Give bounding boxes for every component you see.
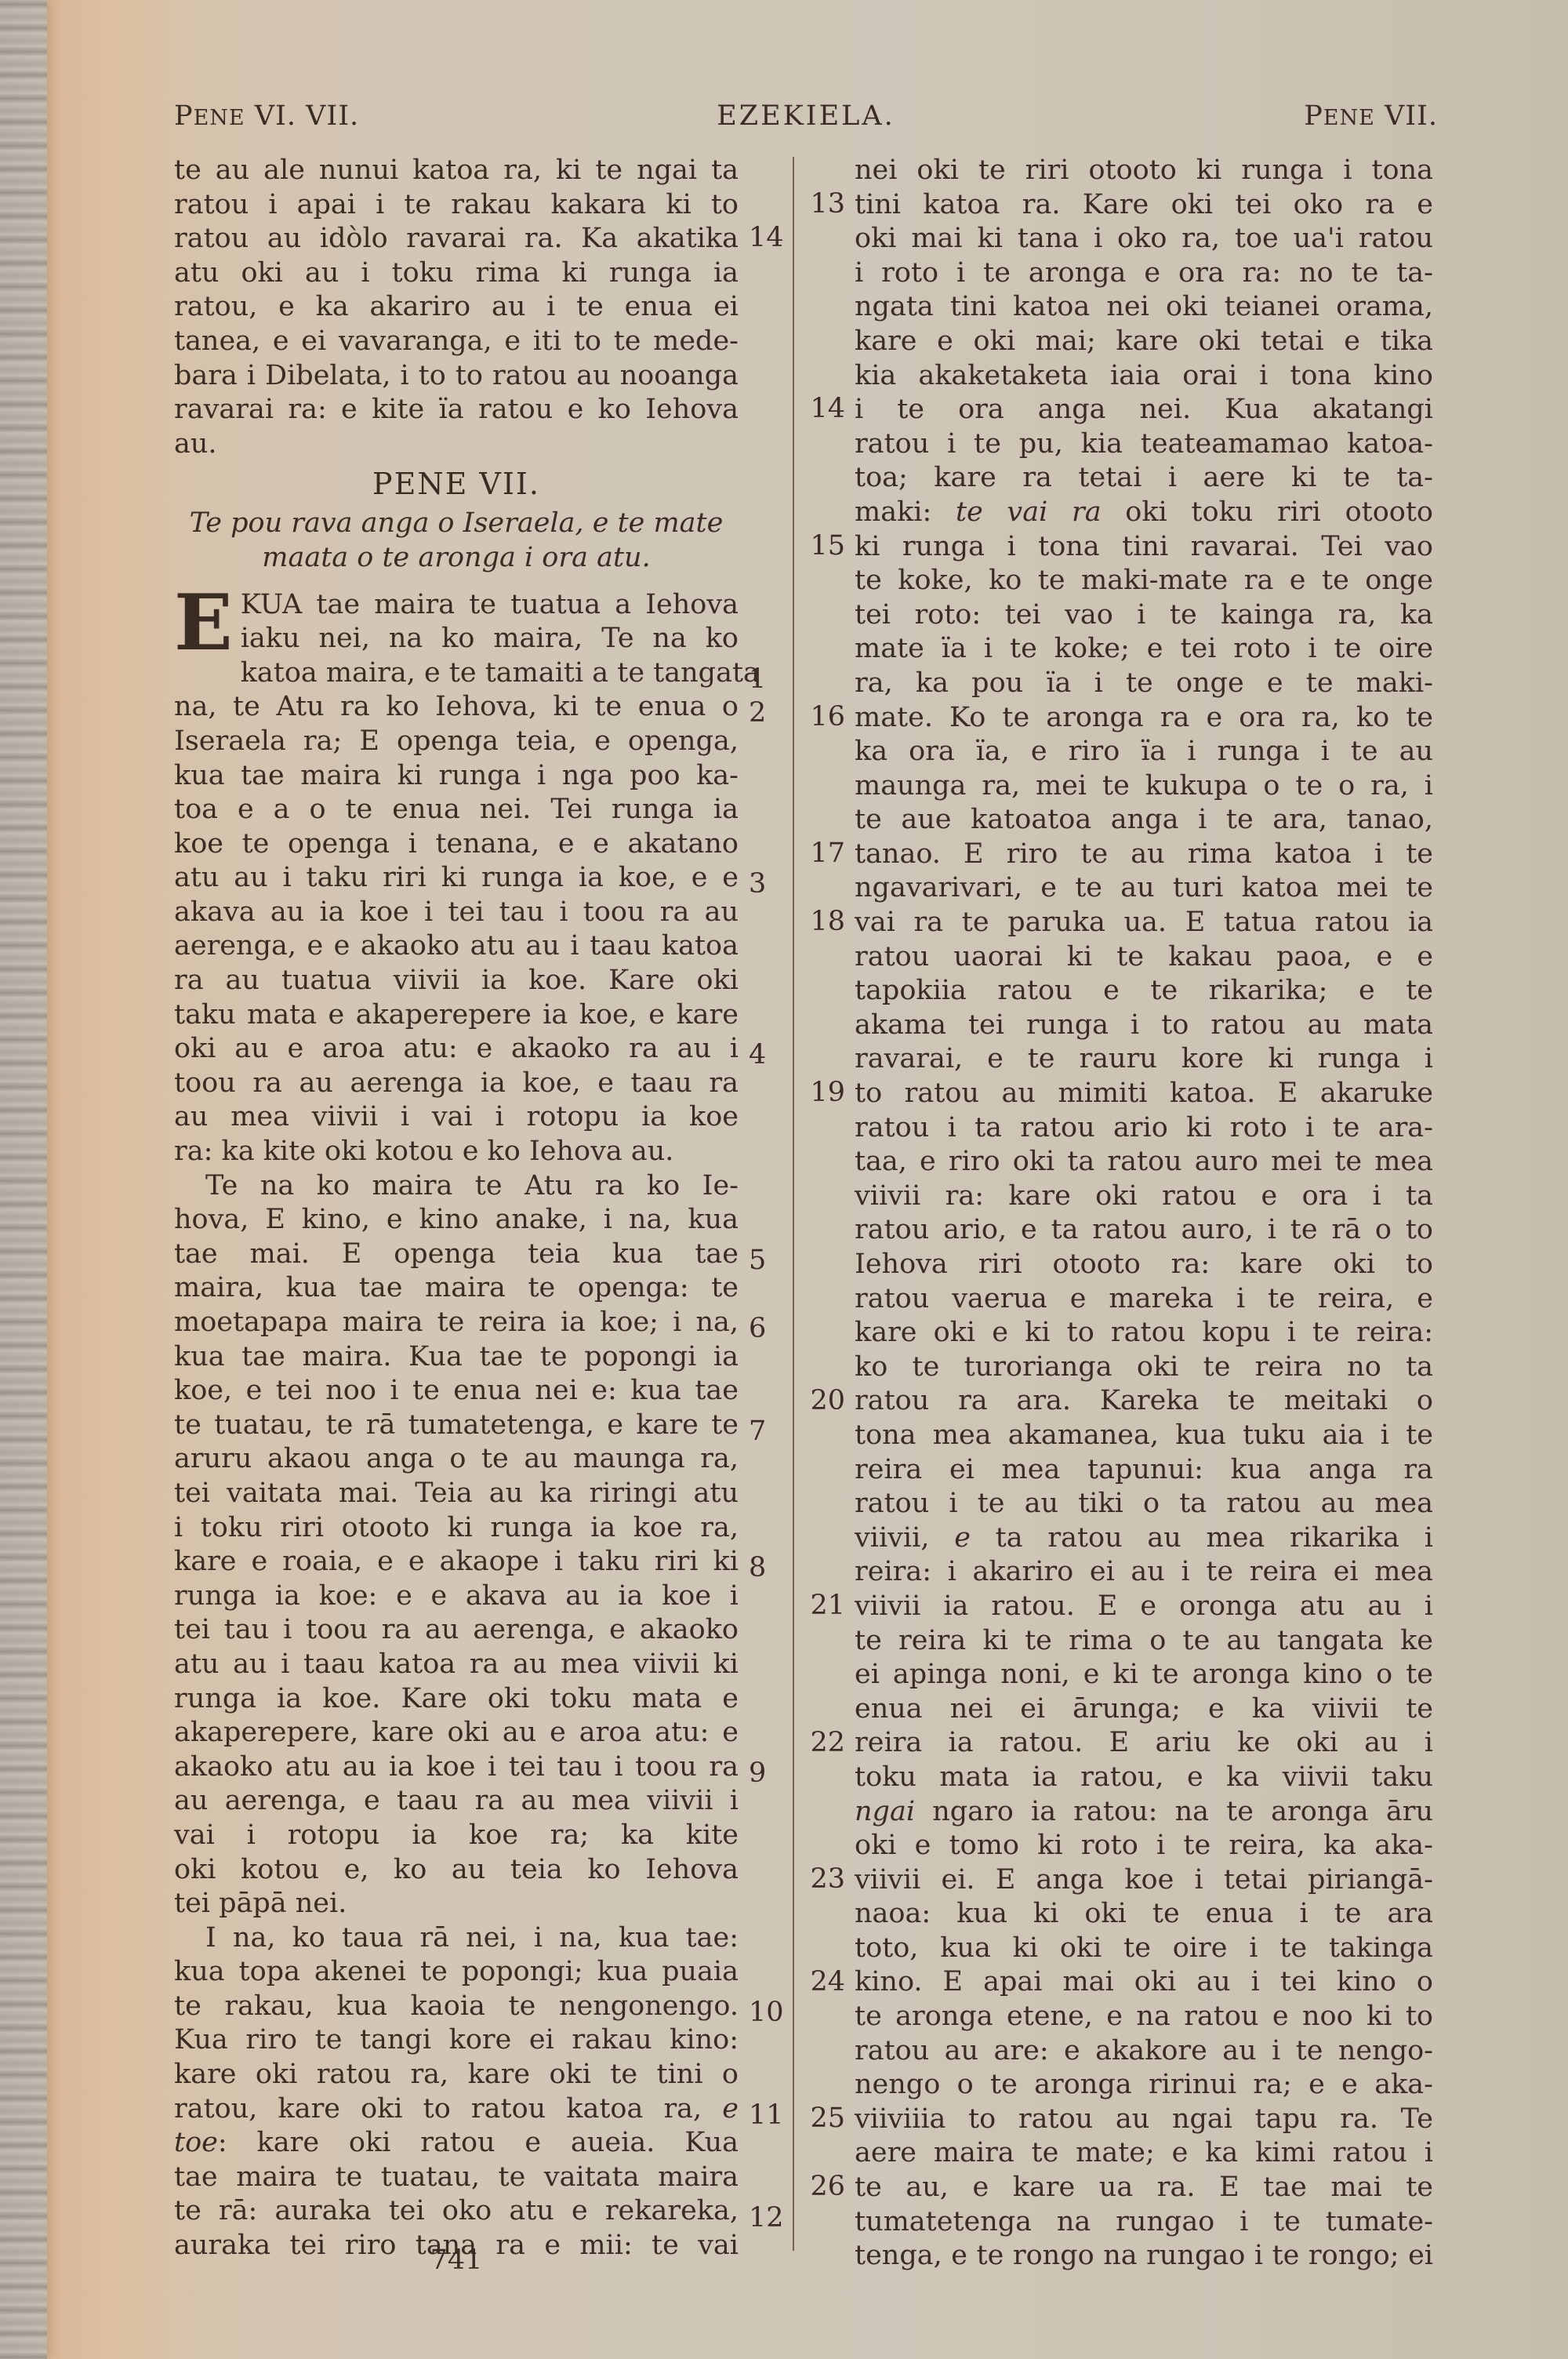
text-line: tumatetenga na rungao i te tumate-	[855, 2205, 1433, 2240]
verse-number: 9	[749, 1757, 766, 1789]
text-line: tei vaitata mai. Teia au ka riringi atu	[174, 1477, 739, 1511]
text-line: toa; kare ra tetai i aere ki te ta-	[855, 461, 1433, 496]
text-line: enua nei ei ārunga; e ka viivii te	[855, 1692, 1433, 1727]
text-line: nei oki te riri otooto ki runga i tona	[855, 154, 1433, 188]
text-line: ravarai, e te rauru kore ki runga i	[855, 1042, 1433, 1077]
text-line: kia akaketaketa iaia orai i tona kino	[855, 359, 1433, 394]
text-line: ratou, e ka akariro au i te enua ei	[174, 290, 739, 325]
text-line: te rā: auraka tei oko atu e rekareka,	[174, 2194, 739, 2229]
text-line: oki au e aroa atu: e akaoko ra au i	[174, 1032, 739, 1067]
text-line: te koke, ko te maki-mate ra e te onge	[855, 564, 1433, 598]
verse-number: 13	[808, 188, 845, 220]
text-line: oki mai ki tana i oko ra, toe ua'i ratou	[855, 222, 1433, 256]
verse-number: 11	[749, 2099, 784, 2131]
text-line: toku mata ia ratou, e ka viivii taku	[855, 1761, 1433, 1795]
text-line: katoa maira, e te tamaiti a te tangata	[174, 656, 739, 691]
text-line: tanea, e ei vavaranga, e iti to te mede-	[174, 325, 739, 359]
verse-number: 1	[749, 663, 766, 695]
text-line: ravarai ra: e kite ïa ratou e ko Iehova	[174, 393, 739, 427]
text-line: ki runga i tona tini ravarai. Tei vao	[855, 530, 1433, 565]
header-right-chapter: PENE VII.	[1304, 100, 1438, 132]
text-line: kino. E apai mai oki au i tei kino o	[855, 1965, 1433, 2000]
verse-number: 4	[749, 1039, 766, 1070]
verse-number: 21	[808, 1590, 845, 1621]
text-line: toou ra au aerenga ia koe, e taau ra	[174, 1067, 739, 1101]
text-line: au mea viivii i vai i rotopu ia koe	[174, 1100, 739, 1135]
text-line: ratou i te au tiki o ta ratou au mea	[855, 1487, 1433, 1521]
text-line: taku mata e akaperepere ia koe, e kare	[174, 998, 739, 1033]
verse-number: 3	[749, 868, 766, 900]
text-line: ra: ka kite oki kotou e ko Iehova au.	[174, 1135, 739, 1169]
text-line: nengo o te aronga ririnui ra; e e aka-	[855, 2068, 1433, 2103]
verse-number: 17	[808, 838, 845, 869]
text-line: akaperepere, kare oki au e aroa atu: e	[174, 1716, 739, 1750]
verse-number: 12	[749, 2202, 784, 2234]
verse-number: 20	[808, 1385, 845, 1416]
text-line: toa e a o te enua nei. Tei runga ia	[174, 793, 739, 827]
text-line: ko te turorianga oki te reira no ta	[855, 1350, 1433, 1385]
verse-number: 6	[749, 1313, 766, 1344]
text-line: runga ia koe: e e akava au ia koe i	[174, 1579, 739, 1614]
text-line: ratou i te pu, kia teateamamao katoa-	[855, 427, 1433, 462]
text-line: kua topa akenei te popongi; kua puaia	[174, 1955, 739, 1990]
verse-number: 7	[749, 1416, 766, 1447]
text-line: ngai ngaro ia ratou: na te aronga āru	[855, 1795, 1433, 1830]
verse-number: 10	[749, 1997, 784, 2028]
text-line: koe te openga i tenana, e e akatano	[174, 827, 739, 862]
verse-number: 5	[749, 1245, 766, 1276]
text-line: mate. Ko te aronga ra e ora ra, ko te	[855, 701, 1433, 736]
column-divider	[793, 157, 794, 2251]
text-line: maunga ra, mei te kukupa o te o ra, i	[855, 769, 1433, 804]
text-line: i roto i te aronga e ora ra: no te ta-	[855, 256, 1433, 291]
text-line: i toku riri otooto ki runga ia koe ra,	[174, 1511, 739, 1546]
text-line: atu oki au i toku rima ki runga ia	[174, 256, 739, 291]
text-line: ei apinga noni, e ki te aronga kino o te	[855, 1658, 1433, 1692]
text-line: vai i rotopu ia koe ra; ka kite	[174, 1819, 739, 1853]
text-line: viivii ra: kare oki ratou e ora i ta	[855, 1179, 1433, 1214]
header-book-title: EZEKIELA.	[174, 100, 1438, 132]
verse-number: 14	[749, 222, 784, 253]
text-line: tanao. E riro te au rima katoa i te	[855, 838, 1433, 872]
text-line: tona mea akamanea, kua tuku aia i te	[855, 1419, 1433, 1453]
text-line: te tuatau, te rā tumatetenga, e kare te	[174, 1408, 739, 1443]
text-line: te rakau, kua kaoia te nengonengo.	[174, 1990, 739, 2024]
text-line: toe: kare oki ratou e aueia. Kua	[174, 2126, 739, 2161]
text-line: runga ia koe. Kare oki toku mata e	[174, 1682, 739, 1717]
text-line: oki e tomo ki roto i te reira, ka aka-	[855, 1829, 1433, 1863]
text-line: aerenga, e e akaoko atu au i taau katoa	[174, 929, 739, 964]
text-line: to ratou au mimiti katoa. E akaruke	[855, 1077, 1433, 1111]
text-line: akaoko atu au ia koe i tei tau i toou ra	[174, 1750, 739, 1785]
text-line: Kua riro te tangi kore ei rakau kino:	[174, 2023, 739, 2058]
text-line: naoa: kua ki oki te enua i te ara	[855, 1897, 1433, 1932]
text-line: viivii ia ratou. E e oronga atu au i	[855, 1590, 1433, 1624]
text-line: tae maira te tuatau, te vaitata maira	[174, 2161, 739, 2195]
text-line: te au, e kare ua ra. E tae mai te	[855, 2171, 1433, 2205]
verse-number: 2	[749, 697, 766, 729]
text-line: reira ei mea tapunui: kua anga ra	[855, 1453, 1433, 1488]
text-line: ra, ka pou ïa i te onge e te maki-	[855, 667, 1433, 701]
text-line: oki kotou e, ko au teia ko Iehova	[174, 1853, 739, 1888]
verse-number: 15	[808, 530, 845, 562]
text-line: ratou vaerua e mareka i te reira, e	[855, 1282, 1433, 1317]
adjacent-page-curl	[0, 0, 47, 2359]
text-line: kua tae maira ki runga i nga poo ka-	[174, 759, 739, 794]
text-line: aruru akaou anga o te au maunga ra,	[174, 1442, 739, 1477]
text-line: te au ale nunui katoa ra, ki te ngai ta	[174, 154, 739, 188]
text-line: tae mai. E openga teia kua tae	[174, 1238, 739, 1272]
text-line: au aerenga, e taau ra au mea viivii i	[174, 1784, 739, 1819]
text-line: tei roto: tei vao i te kainga ra, ka	[855, 598, 1433, 633]
text-line: atu au i taku riri ki runga ia koe, e e	[174, 861, 739, 896]
text-line: aere maira te mate; e ka kimi ratou i	[855, 2136, 1433, 2171]
text-line: ratou i ta ratou ario ki roto i te ara-	[855, 1111, 1433, 1146]
text-line: te aronga etene, e na ratou e noo ki to	[855, 2000, 1433, 2034]
text-line: ratou uaorai ki te kakau paoa, e e	[855, 940, 1433, 975]
verse-number: 18	[808, 906, 845, 937]
text-line: ratou au are: e akakore au i te nengo-	[855, 2034, 1433, 2069]
verse-number: 25	[808, 2103, 845, 2134]
text-line: tenga, e te rongo na rungao i te rongo; …	[855, 2239, 1433, 2274]
text-line: ratou ra ara. Kareka te meitaki o	[855, 1384, 1433, 1419]
text-line: ratou ario, e ta ratou auro, i te rā o t…	[855, 1213, 1433, 1248]
text-line: hova, E kino, e kino anake, i na, kua	[174, 1203, 739, 1238]
text-line: i te ora anga nei. Kua akatangi	[855, 393, 1433, 427]
text-line: moetapapa maira te reira ia koe; i na,	[174, 1306, 739, 1340]
text-line: reira ia ratou. E ariu ke oki au i	[855, 1726, 1433, 1761]
text-line: koe, e tei noo i te enua nei e: kua tae	[174, 1374, 739, 1408]
text-line: taa, e riro oki ta ratou auro mei te mea	[855, 1145, 1433, 1179]
text-line: kare oki ratou ra, kare oki te tini o	[174, 2058, 739, 2092]
text-line: Iseraela ra; E openga teia, e openga,	[174, 725, 739, 759]
verse-number: 19	[808, 1077, 845, 1108]
verse-number: 14	[808, 393, 845, 424]
text-line: vai ra te paruka ua. E tatua ratou ia	[855, 906, 1433, 940]
chapter-summary: Te pou rava anga o Iseraela, e te mate	[174, 507, 739, 541]
text-line: ngavarivari, e te au turi katoa mei te	[855, 871, 1433, 906]
text-line: akama tei runga i to ratou au mata	[855, 1009, 1433, 1043]
text-line: ngata tini katoa nei oki teianei orama,	[855, 290, 1433, 325]
text-line: te reira ki te rima o te au tangata ke	[855, 1624, 1433, 1659]
text-line: ra au tuatua viivii ia koe. Kare oki	[174, 964, 739, 998]
text-line: ratou au idòlo ravarai ra. Ka akatika	[174, 222, 739, 256]
text-line: atu au i taau katoa ra au mea viivii ki	[174, 1648, 739, 1682]
text-line: viivii ei. E anga koe i tetai piriangā-	[855, 1863, 1433, 1898]
verse-number: 23	[808, 1863, 845, 1895]
text-line: viiviiia to ratou au ngai tapu ra. Te	[855, 2103, 1433, 2137]
text-line: tei tau i toou ra au aerenga, e akaoko	[174, 1613, 739, 1648]
verse-number: 24	[808, 1966, 845, 1997]
verse-number: 16	[808, 701, 845, 732]
text-line: ka ora ïa, e riro ïa i runga i te au	[855, 735, 1433, 769]
text-line: tini katoa ra. Kare oki tei oko ra e	[855, 188, 1433, 223]
left-text-column: te au ale nunui katoa ra, ki te ngai tar…	[174, 154, 739, 2263]
text-line: tei pāpā nei.	[174, 1887, 739, 1921]
text-line: KUA tae maira te tuatua a Iehova	[174, 588, 739, 623]
text-line: ratou i apai i te rakau kakara ki to	[174, 188, 739, 223]
verse-number: 26	[808, 2171, 845, 2202]
text-line: kare e oki mai; kare oki tetai e tika	[855, 325, 1433, 359]
text-line: I na, ko taua rā nei, i na, kua tae:	[174, 1921, 739, 1956]
text-line: na, te Atu ra ko Iehova, ki te enua o	[174, 690, 739, 725]
text-line: ratou, kare oki to ratou katoa ra, e	[174, 2092, 739, 2127]
right-text-column: nei oki te riri otooto ki runga i tonati…	[855, 154, 1433, 2274]
text-line: reira: i akariro ei au i te reira ei mea	[855, 1555, 1433, 1590]
page-number: 741	[174, 2245, 739, 2276]
text-line: iaku nei, na ko maira, Te na ko	[174, 622, 739, 656]
text-line: maki: te vai ra oki toku riri otooto	[855, 496, 1433, 530]
text-line: akava au ia koe i tei tau i toou ra au	[174, 896, 739, 930]
text-line: toto, kua ki oki te oire i te takinga	[855, 1932, 1433, 1966]
drop-cap: E	[174, 591, 233, 657]
text-line: Iehova riri otooto ra: kare oki to	[855, 1248, 1433, 1282]
running-header: PENE VI. VII. EZEKIELA. PENE VII.	[174, 100, 1438, 140]
chapter-heading: PENE VII.	[174, 461, 739, 507]
text-line: bara i Dibelata, i to to ratou au nooang…	[174, 359, 739, 394]
text-line: Te na ko maira te Atu ra ko Ie-	[174, 1169, 739, 1204]
text-line: viivii, e ta ratou au mea rikarika i	[855, 1521, 1433, 1556]
chapter-summary: maata o te aronga i ora atu.	[174, 541, 739, 576]
verse-number: 22	[808, 1727, 845, 1758]
verse-number: 8	[749, 1552, 766, 1583]
text-line: te aue katoatoa anga i te ara, tanao,	[855, 803, 1433, 838]
text-line: kare oki e ki to ratou kopu i te reira:	[855, 1316, 1433, 1350]
text-line: kua tae maira. Kua tae te popongi ia	[174, 1340, 739, 1375]
text-line: mate ïa i te koke; e tei roto i te oire	[855, 632, 1433, 667]
text-line: maira, kua tae maira te openga: te	[174, 1271, 739, 1306]
text-line: tapokiia ratou e te rikarika; e te	[855, 974, 1433, 1009]
text-line: au.	[174, 427, 739, 462]
text-line: kare e roaia, e e akaope i taku riri ki	[174, 1545, 739, 1579]
